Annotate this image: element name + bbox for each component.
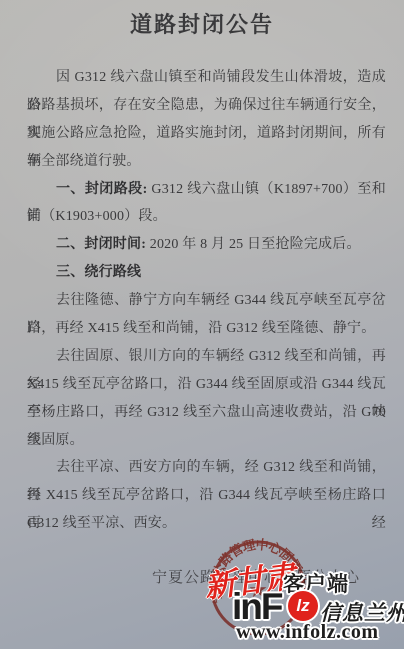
- body-line: 二、封闭时间: 2020 年 8 月 25 日至抢险完成后。: [27, 231, 386, 259]
- body-line: 口，再经 X415 线至和尚铺，沿 G312 线至隆德、静宁。: [27, 315, 386, 343]
- watermark-url: www.infolz.com: [236, 621, 379, 644]
- body-line: 去往隆德、静宁方向车辆经 G344 线瓦亭峡至瓦亭岔路: [27, 287, 386, 315]
- body-line: 一、封闭路段: G312 线六盘山镇（K1897+700）至和尚: [27, 176, 386, 204]
- body-line: 去往固原、银川方向的车辆经 G312 线至和尚铺，再经: [27, 343, 386, 371]
- body-line: 至杨庄路口，再经 G312 线至六盘山高速收费站，沿 G70 线: [27, 399, 386, 427]
- infolz-logo-badge-icon: lz: [288, 591, 318, 621]
- document-photo: 道路封闭公告 因 G312 线六盘山镇至和尚铺段发生山体滑坡，造成公路路基损坏，…: [0, 0, 404, 649]
- body-line: 经 X415 线至瓦亭岔路口，沿 G344 线瓦亭峡至杨庄路口再经: [27, 482, 386, 510]
- body-line: 实施公路应急抢险，道路实施封闭，道路封闭期间，所有车: [27, 120, 386, 148]
- notice-body: 因 G312 线六盘山镇至和尚铺段发生山体滑坡，造成公路路基损坏，存在安全隐患，…: [27, 64, 386, 538]
- page-title: 道路封闭公告: [0, 8, 404, 39]
- body-line: 至固原。: [27, 427, 386, 455]
- section-label: 三、绕行路线: [56, 265, 141, 280]
- body-line: X415 线至瓦亭岔路口，沿 G344 线至固原或沿 G344 线瓦亭峡: [27, 371, 386, 399]
- body-line: 路路基损坏，存在安全隐患，为确保过往车辆通行安全，现: [27, 92, 386, 120]
- section-label: 二、封闭时间:: [56, 237, 146, 252]
- body-line: 去往平凉、西安方向的车辆，经 G312 线至和尚铺，再: [27, 454, 386, 482]
- body-line: 辆全部绕道行驶。: [27, 148, 386, 176]
- section-label: 一、封闭路段:: [56, 182, 147, 197]
- body-line: 铺（K1903+000）段。: [27, 203, 386, 231]
- body-line: 三、绕行路线: [27, 259, 386, 287]
- body-line: 因 G312 线六盘山镇至和尚铺段发生山体滑坡，造成公: [27, 64, 386, 92]
